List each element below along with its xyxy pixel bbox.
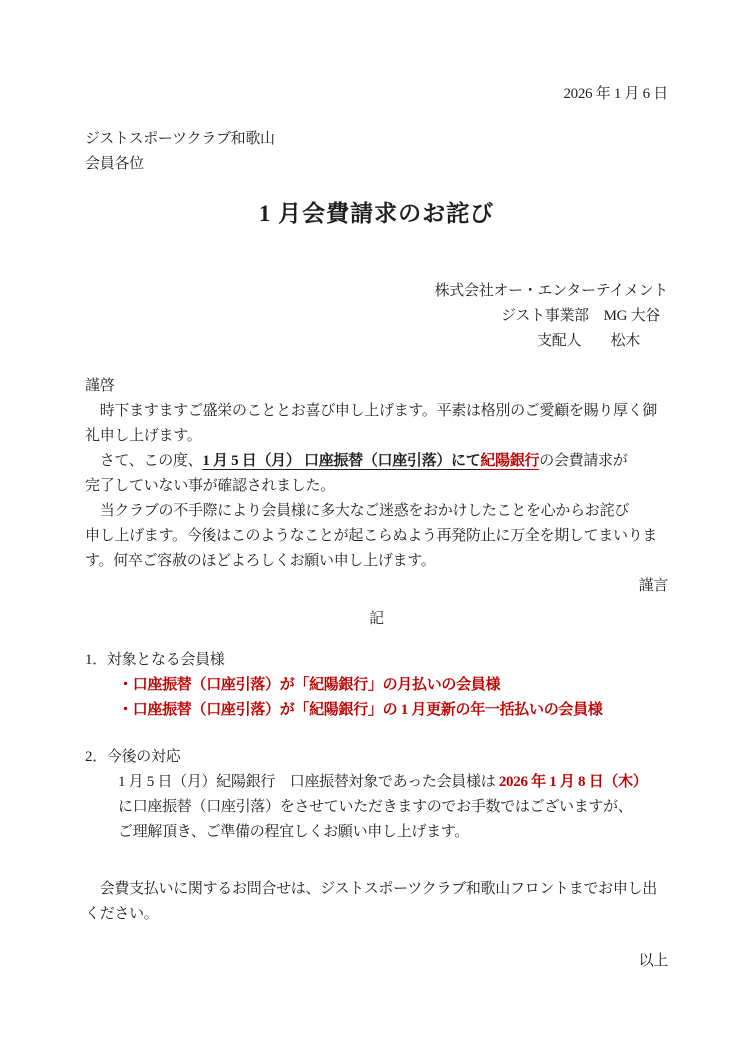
sender-manager: 支配人 松木 [85, 329, 668, 354]
document-page: 2026 年 1 月 6 日 ジストスポーツクラブ和歌山 会員各位 1 月会費請… [0, 0, 750, 1061]
sender-company: 株式会社オー・エンターテイメント [85, 279, 668, 304]
section2-body-rest: に口座振替（口座引落）をさせていただきますのでお手数ではございますが、 ご理解頂… [118, 795, 668, 845]
section2-line1-date: 2026 年 1 月 8 日（木） [499, 774, 648, 790]
sender-department: ジスト事業部 MG 大谷 [85, 304, 668, 329]
recipient-salutation: 会員各位 [85, 152, 668, 177]
section2-body-line1: 1 月 5 日（月）紀陽銀行 口座振替対象であった会員様は 2026 年 1 月… [118, 770, 668, 795]
footer-contact-note: 会費支払いに関するお問合せは、ジストスポーツクラブ和歌山フロントまでお申し出 く… [85, 877, 668, 927]
section1-item-monthly: ・口座振替（口座引落）が「紀陽銀行」の月払いの会員様 [118, 673, 668, 698]
section1-item-annual: ・口座振替（口座引落）が「紀陽銀行」の 1 月更新の年一括払いの会員様 [118, 698, 668, 723]
end-marker: 以上 [85, 949, 668, 974]
opening-salutation: 謹啓 [85, 374, 668, 399]
recipient-organization: ジストスポーツクラブ和歌山 [85, 127, 668, 152]
document-title: 1 月会費請求のお詫び [85, 197, 668, 231]
recipient-block: ジストスポーツクラブ和歌山 会員各位 [85, 127, 668, 177]
paragraph-apology: 当クラブの不手際により会員様に多大なご迷惑をおかけしたことを心からお詫び 申し上… [85, 499, 668, 574]
incident-emphasis-bank: 紀陽銀行 [480, 453, 539, 469]
incident-emphasis-date: 1 月 5 日（月） 口座振替（口座引落）にて [202, 453, 480, 469]
section2-line1-text: 1 月 5 日（月）紀陽銀行 口座振替対象であった会員様は [118, 774, 499, 790]
ki-marker: 記 [85, 607, 668, 632]
incident-lead: さて、この度、 [85, 453, 202, 469]
section1-heading: 1．対象となる会員様 [85, 648, 668, 673]
closing-salutation: 謹言 [85, 574, 668, 599]
paragraph-greeting: 時下ますますご盛栄のこととお喜び申し上げます。平素は格別のご愛顧を賜り厚く御 礼… [85, 399, 668, 449]
document-date: 2026 年 1 月 6 日 [85, 82, 668, 107]
section2-heading: 2．今後の対応 [85, 745, 668, 770]
paragraph-incident: さて、この度、1 月 5 日（月） 口座振替（口座引落）にて紀陽銀行の会費請求が… [85, 449, 668, 499]
sender-block: 株式会社オー・エンターテイメント ジスト事業部 MG 大谷 支配人 松木 [85, 279, 668, 354]
